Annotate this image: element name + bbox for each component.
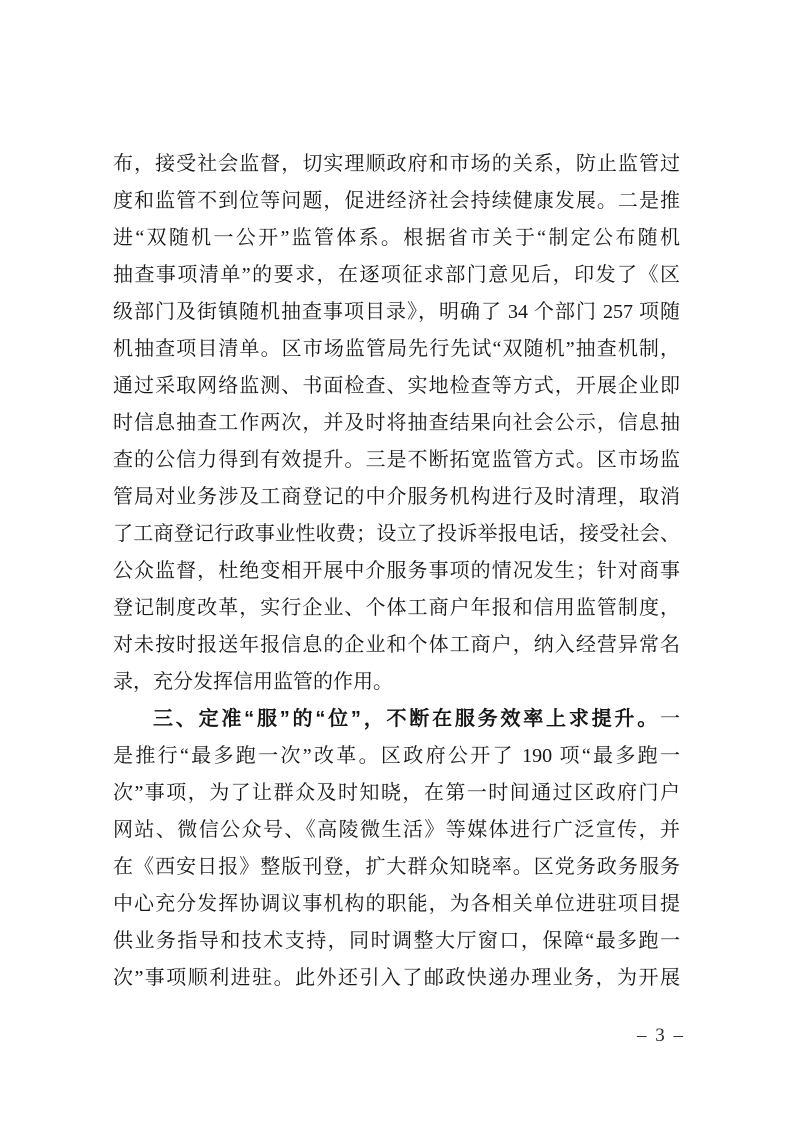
- text-line: 是推行“最多跑一次”改革。区政府公开了 190 项“最多跑一: [113, 738, 680, 775]
- body-text: 录，充分发挥信用监管的作用。: [113, 671, 393, 693]
- body-text: 对未按时报送年报信息的企业和个体工商户，纳入经营异常名: [113, 634, 680, 656]
- text-line: 通过采取网络监测、书面检查、实地检查等方式，开展企业即: [113, 368, 680, 405]
- text-line: 查的公信力得到有效提升。三是不断拓宽监管方式。区市场监: [113, 442, 680, 479]
- body-text: 公众监督，杜绝变相开展中介服务事项的情况发生；针对商事: [113, 560, 680, 582]
- text-line: 时信息抽查工作两次，并及时将抽查结果向社会公示，信息抽: [113, 405, 680, 442]
- body-text: 通过采取网络监测、书面检查、实地检查等方式，开展企业即: [113, 375, 680, 397]
- body-text: 在《西安日报》整版刊登，扩大群众知晓率。区党务政务服务: [113, 856, 680, 878]
- body-text: 时信息抽查工作两次，并及时将抽查结果向社会公示，信息抽: [113, 412, 680, 434]
- text-line: 次”事项顺利进驻。此外还引入了邮政快递办理业务，为开展: [113, 960, 680, 997]
- text-line: 登记制度改革，实行企业、个体工商户年报和信用监管制度，: [113, 590, 680, 627]
- body-text: 中心充分发挥协调议事机构的职能，为各相关单位进驻项目提: [113, 893, 680, 915]
- section-heading-text: 三、定准“服”的“位”，不断在服务效率上求提升。: [153, 708, 660, 730]
- body-text: 级部门及街镇随机抽查事项目录》，明确了 34 个部门 257 项随: [113, 301, 680, 323]
- body-text: 了工商登记行政事业性收费；设立了投诉举报电话，接受社会、: [113, 523, 680, 545]
- text-line: 三、定准“服”的“位”，不断在服务效率上求提升。一: [113, 701, 680, 738]
- body-text: 次”事项顺利进驻。此外还引入了邮政快递办理业务，为开展: [113, 967, 680, 989]
- body-text: 度和监管不到位等问题，促进经济社会持续健康发展。二是推: [113, 190, 680, 212]
- body-text: 是推行“最多跑一次”改革。区政府公开了 190 项“最多跑一: [113, 745, 680, 767]
- text-line: 录，充分发挥信用监管的作用。: [113, 664, 680, 701]
- text-line: 管局对业务涉及工商登记的中介服务机构进行及时清理，取消: [113, 479, 680, 516]
- text-line: 机抽查项目清单。区市场监管局先行先试“双随机”抽查机制，: [113, 331, 680, 368]
- text-line: 度和监管不到位等问题，促进经济社会持续健康发展。二是推: [113, 183, 680, 220]
- page-number: – 3 –: [637, 1022, 685, 1050]
- text-line: 对未按时报送年报信息的企业和个体工商户，纳入经营异常名: [113, 627, 680, 664]
- text-line: 级部门及街镇随机抽查事项目录》，明确了 34 个部门 257 项随: [113, 294, 680, 331]
- text-block: 布，接受社会监督，切实理顺政府和市场的关系，防止监管过度和监管不到位等问题，促进…: [113, 146, 680, 997]
- body-text: 进“双随机一公开”监管体系。根据省市关于“制定公布随机: [113, 227, 680, 249]
- text-line: 在《西安日报》整版刊登，扩大群众知晓率。区党务政务服务: [113, 849, 680, 886]
- text-line: 网站、微信公众号、《高陵微生活》等媒体进行广泛宣传，并: [113, 812, 680, 849]
- body-text: 次”事项，为了让群众及时知晓，在第一时间通过区政府门户: [113, 782, 680, 804]
- body-text: 网站、微信公众号、《高陵微生活》等媒体进行广泛宣传，并: [113, 819, 680, 841]
- body-text: 布，接受社会监督，切实理顺政府和市场的关系，防止监管过: [113, 153, 680, 175]
- text-line: 供业务指导和技术支持，同时调整大厅窗口，保障“最多跑一: [113, 923, 680, 960]
- text-line: 了工商登记行政事业性收费；设立了投诉举报电话，接受社会、: [113, 516, 680, 553]
- body-text: 管局对业务涉及工商登记的中介服务机构进行及时清理，取消: [113, 486, 680, 508]
- text-line: 中心充分发挥协调议事机构的职能，为各相关单位进驻项目提: [113, 886, 680, 923]
- body-text: 供业务指导和技术支持，同时调整大厅窗口，保障“最多跑一: [113, 930, 680, 952]
- body-text: 查的公信力得到有效提升。三是不断拓宽监管方式。区市场监: [113, 449, 680, 471]
- text-line: 次”事项，为了让群众及时知晓，在第一时间通过区政府门户: [113, 775, 680, 812]
- text-line: 抽查事项清单”的要求，在逐项征求部门意见后，印发了《区: [113, 257, 680, 294]
- text-line: 公众监督，杜绝变相开展中介服务事项的情况发生；针对商事: [113, 553, 680, 590]
- body-text: 抽查事项清单”的要求，在逐项征求部门意见后，印发了《区: [113, 264, 680, 286]
- document-page: 布，接受社会监督，切实理顺政府和市场的关系，防止监管过度和监管不到位等问题，促进…: [0, 0, 793, 1122]
- body-text: 机抽查项目清单。区市场监管局先行先试“双随机”抽查机制，: [113, 338, 680, 360]
- text-line: 进“双随机一公开”监管体系。根据省市关于“制定公布随机: [113, 220, 680, 257]
- body-text: 登记制度改革，实行企业、个体工商户年报和信用监管制度，: [113, 597, 680, 619]
- text-line: 布，接受社会监督，切实理顺政府和市场的关系，防止监管过: [113, 146, 680, 183]
- body-text: 一: [660, 708, 680, 730]
